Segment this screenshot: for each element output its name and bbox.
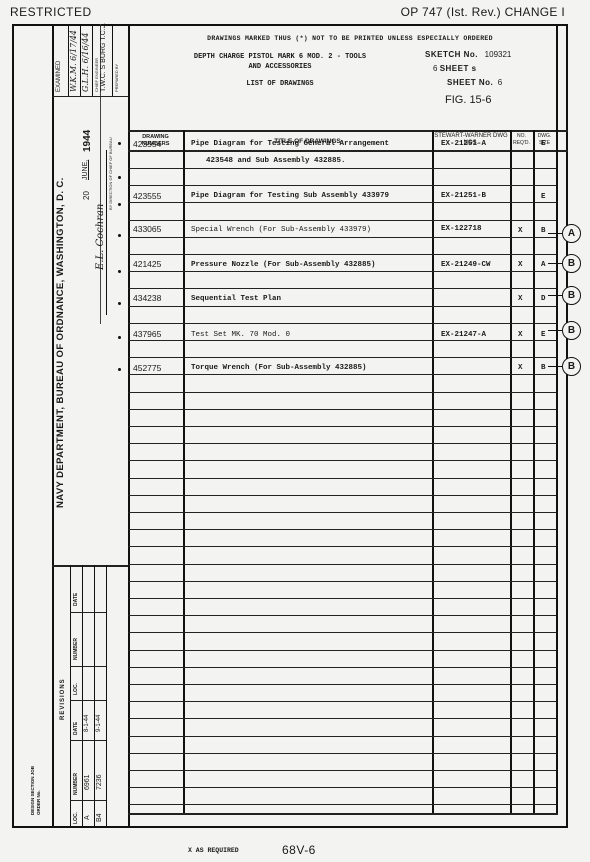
revisions-row-line bbox=[106, 565, 107, 828]
table-bottom-border bbox=[128, 813, 558, 815]
table-rule bbox=[128, 202, 556, 203]
revision-marker-b: B bbox=[562, 254, 581, 273]
table-rule bbox=[128, 564, 556, 565]
table-rule bbox=[128, 443, 556, 444]
date-day: 20 bbox=[82, 191, 91, 200]
table-rule bbox=[128, 650, 556, 651]
dwg-size: E bbox=[541, 193, 546, 201]
sw-dwg-number: EX-21247-A bbox=[441, 331, 486, 339]
signature-line bbox=[106, 150, 107, 315]
drawing-title: Pipe Diagram for Testing General Arrange… bbox=[191, 140, 389, 148]
revisions-col-loc: LOC. bbox=[73, 812, 79, 824]
examined-label: EXAMINED bbox=[56, 61, 62, 92]
footer-code: 68V-6 bbox=[282, 843, 316, 857]
sketch-label: SKETCH No. bbox=[425, 50, 478, 59]
revisions-title: REVISIONS bbox=[60, 678, 66, 720]
drawing-number: 434238 bbox=[133, 293, 161, 303]
prepared-label: PREPARED BY bbox=[114, 64, 119, 92]
date-month: JUNE, bbox=[82, 160, 89, 180]
table-rule bbox=[128, 684, 556, 685]
table-rule bbox=[128, 478, 556, 479]
figure-number: FIG. 15-6 bbox=[445, 94, 491, 106]
drawing-title: Special Wrench (For Sub-Assembly 433979) bbox=[191, 226, 371, 234]
table-rule bbox=[128, 220, 556, 221]
revision-number: 7236 bbox=[96, 774, 103, 790]
revision-marker-b: B bbox=[562, 357, 581, 376]
table-rule bbox=[128, 736, 556, 737]
approved-by-label: BY DIRECTION OF CHIEF OF BUREAU bbox=[108, 137, 113, 210]
sheet-number: 6 bbox=[498, 78, 502, 87]
drawing-number: 437965 bbox=[133, 329, 161, 339]
drawing-title: Pressure Nozzle (For Sub-Assembly 432885… bbox=[191, 261, 376, 269]
revision-leader bbox=[548, 263, 562, 264]
chief-label: CHIEF ENGINEER bbox=[94, 58, 99, 92]
col-line bbox=[432, 130, 434, 814]
chief-signature: G.L.H. 6/16/44 bbox=[81, 33, 90, 92]
title-line-1: DEPTH CHARGE PISTOL MARK 6 MOD. 2 - TOOL… bbox=[150, 52, 410, 62]
stamp-bottom-line bbox=[52, 96, 128, 97]
col-line bbox=[510, 130, 512, 814]
table-rule bbox=[128, 495, 556, 496]
table-rule bbox=[128, 787, 556, 788]
table-rule bbox=[128, 409, 556, 410]
revision-marker-a: A bbox=[562, 224, 581, 243]
table-rule bbox=[128, 306, 556, 307]
revision-number: 6961 bbox=[84, 774, 91, 790]
drawing-number: 423554 bbox=[133, 139, 161, 149]
sketch-number: 109321 bbox=[485, 50, 512, 59]
table-rule bbox=[128, 512, 556, 513]
bullet-dot bbox=[118, 270, 121, 273]
revisions-row-line bbox=[94, 565, 95, 828]
drawing-title: Test Set MK. 70 Mod. 0 bbox=[191, 331, 290, 339]
table-rule bbox=[128, 632, 556, 633]
table-rule bbox=[128, 718, 556, 719]
table-rule bbox=[128, 340, 556, 341]
table-rule bbox=[128, 254, 556, 255]
qty-required: X bbox=[518, 331, 523, 339]
revision-marker-b: B bbox=[562, 286, 581, 305]
revisions-col-number-2: NUMBER bbox=[73, 638, 79, 660]
bullet-dot bbox=[118, 302, 121, 305]
director-signature: E.L. Cochran bbox=[95, 204, 106, 270]
sheets-label: SHEET s bbox=[440, 64, 477, 73]
table-rule bbox=[128, 804, 556, 805]
table-rule bbox=[128, 392, 556, 393]
table-top-border bbox=[128, 130, 568, 132]
bullet-dot bbox=[118, 142, 121, 145]
revision-leader bbox=[548, 330, 562, 331]
table-rule bbox=[128, 460, 556, 461]
col-line bbox=[183, 130, 185, 814]
revisions-header-line bbox=[82, 565, 83, 828]
table-rule bbox=[128, 667, 556, 668]
table-rule bbox=[128, 374, 556, 375]
revisions-cell-line bbox=[70, 740, 106, 741]
revisions-cell-line bbox=[70, 666, 106, 667]
dwg-size: D bbox=[541, 295, 546, 303]
col-line bbox=[533, 130, 535, 814]
revisions-col-loc-2: LOC. bbox=[73, 683, 79, 695]
table-right-border bbox=[556, 24, 558, 814]
sw-dwg-number: EX-21249-CW bbox=[441, 261, 491, 269]
revisions-col-date-2: DATE bbox=[73, 593, 79, 606]
revisions-top-line bbox=[52, 565, 128, 567]
table-rule bbox=[128, 701, 556, 702]
list-label: LIST OF DRAWINGS bbox=[150, 80, 410, 88]
examined-signature: W.K.M. 6/17/44 bbox=[69, 30, 78, 92]
revision-loc: A bbox=[84, 815, 91, 820]
table-rule bbox=[128, 168, 556, 169]
design-section-label: DESIGN SECTION JOB ORDER No. bbox=[30, 755, 42, 815]
bullet-dot bbox=[118, 336, 121, 339]
col-header-no-reqd: NO. REQ'D. bbox=[510, 133, 533, 147]
date-year: 1944 bbox=[82, 130, 93, 152]
table-rule bbox=[128, 753, 556, 754]
table-rule bbox=[128, 529, 556, 530]
revision-leader bbox=[548, 366, 562, 367]
sheets-count: 6 bbox=[433, 64, 437, 73]
title-line-2: AND ACCESSORIES bbox=[150, 62, 410, 72]
dwg-size: B bbox=[541, 364, 546, 372]
table-rule bbox=[128, 271, 556, 272]
revisions-title-line bbox=[70, 565, 71, 828]
revisions-cell-line bbox=[70, 800, 106, 801]
table-rule bbox=[128, 770, 556, 771]
footer-note: X AS REQUIRED bbox=[188, 847, 239, 854]
sheet-label: SHEET No. bbox=[447, 78, 493, 87]
revision-date: 9-1-44 bbox=[96, 715, 102, 732]
qty-required: X bbox=[518, 261, 523, 269]
revision-leader bbox=[548, 295, 562, 296]
qty-required: X bbox=[518, 364, 523, 372]
sw-dwg-number: EX-21251-A bbox=[441, 140, 486, 148]
drawing-title: Torque Wrench (For Sub-Assembly 432885) bbox=[191, 364, 367, 372]
bullet-dot bbox=[118, 203, 121, 206]
table-rule bbox=[128, 426, 556, 427]
publication-reference: OP 747 (Ist. Rev.) CHANGE I bbox=[401, 5, 565, 19]
classification-label: RESTRICTED bbox=[10, 5, 92, 19]
table-rule bbox=[128, 323, 556, 324]
revisions-col-date: DATE bbox=[73, 722, 79, 735]
bullet-dot bbox=[118, 234, 121, 237]
drawing-title: Pipe Diagram for Testing Sub Assembly 43… bbox=[191, 192, 389, 200]
dwg-size: E bbox=[541, 331, 546, 339]
table-header-bottom bbox=[128, 150, 568, 152]
bullet-dot bbox=[118, 368, 121, 371]
table-rule bbox=[128, 185, 556, 186]
table-rule bbox=[128, 288, 556, 289]
revisions-col-number: NUMBER bbox=[73, 773, 79, 795]
sw-dwg-number: EX-122718 bbox=[441, 225, 482, 233]
strip-divider bbox=[52, 24, 54, 828]
revision-date: 8-1-44 bbox=[84, 715, 90, 732]
table-rule bbox=[128, 237, 556, 238]
stamp-col-line bbox=[92, 24, 93, 96]
print-notice: DRAWINGS MARKED THUS (*) NOT TO BE PRINT… bbox=[140, 35, 560, 42]
revision-loc: B4 bbox=[96, 813, 103, 822]
document-title: DEPTH CHARGE PISTOL MARK 6 MOD. 2 - TOOL… bbox=[150, 52, 410, 72]
revisions-cell-line bbox=[70, 700, 106, 701]
drawing-number: 433065 bbox=[133, 224, 161, 234]
drawing-title: Sequential Test Plan bbox=[191, 295, 281, 303]
dwg-size: A bbox=[541, 261, 546, 269]
revision-marker-b: B bbox=[562, 321, 581, 340]
drawing-title-cont: 423548 and Sub Assembly 432885. bbox=[206, 157, 346, 165]
drawing-number: 421425 bbox=[133, 259, 161, 269]
prepared-by: T.W.C. S BURG T.C.J. bbox=[100, 23, 107, 92]
revisions-cell-line bbox=[70, 612, 106, 613]
sw-dwg-number: EX-21251-B bbox=[441, 192, 486, 200]
drawing-number: 423555 bbox=[133, 191, 161, 201]
qty-required: X bbox=[518, 295, 523, 303]
bullet-dot bbox=[118, 176, 121, 179]
dwg-size: E bbox=[541, 140, 546, 148]
table-rule bbox=[128, 615, 556, 616]
dwg-size: B bbox=[541, 227, 546, 235]
revision-leader bbox=[548, 233, 562, 234]
table-rule bbox=[128, 357, 556, 358]
table-rule bbox=[128, 581, 556, 582]
table-rule bbox=[128, 546, 556, 547]
qty-required: X bbox=[518, 227, 523, 235]
table-rule bbox=[128, 598, 556, 599]
department-title: NAVY DEPARTMENT, BUREAU OF ORDNANCE, WAS… bbox=[55, 177, 66, 508]
stamp-col-line bbox=[112, 24, 113, 96]
drawing-number: 452775 bbox=[133, 363, 161, 373]
